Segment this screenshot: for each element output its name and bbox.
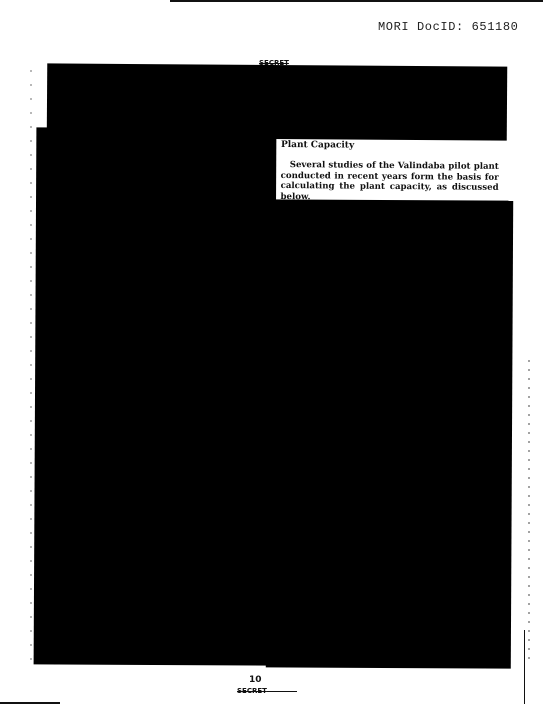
classification-marking-bottom: SECRET [237,687,267,695]
scan-top-edge [170,0,543,2]
plant-capacity-section: Plant Capacity Several studies of the Va… [280,140,499,204]
scan-right-margin-specks [528,360,530,660]
doc-id-stamp: MORI DocID: 651180 [378,20,518,34]
section-paragraph: Several studies of the Valindaba pilot p… [280,160,498,204]
scan-left-margin-specks [30,70,32,670]
section-heading: Plant Capacity [281,140,499,152]
page-number: 10 [249,675,262,685]
redaction-block-right-column [266,199,513,668]
scan-right-edge [524,630,525,704]
redaction-block-left-column [34,127,277,665]
